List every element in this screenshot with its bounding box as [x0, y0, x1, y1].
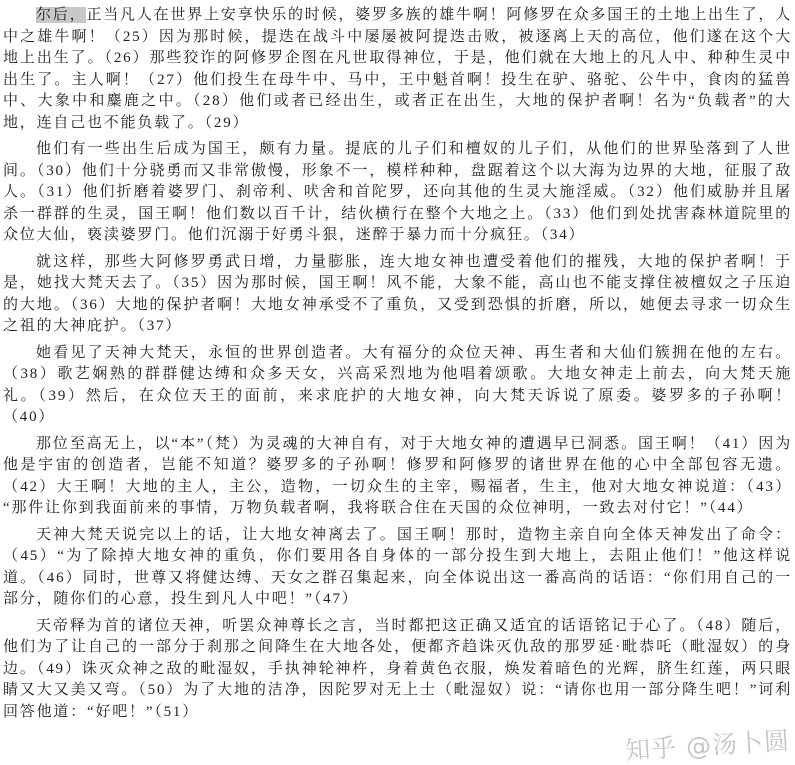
- paragraph-3: 就这样，那些大阿修罗勇武日增，力量膨胀，连大地女神也遭受着他们的摧残，大地的保护…: [3, 252, 792, 338]
- paragraph-2-text: 他们有一些出生后成为国王，颇有力量。提底的儿子们和檀奴的儿子们，从他们的世界坠落…: [3, 141, 792, 243]
- paragraph-2: 他们有一些出生后成为国王，颇有力量。提底的儿子们和檀奴的儿子们，从他们的世界坠落…: [3, 139, 792, 247]
- paragraph-3-text: 就这样，那些大阿修罗勇武日增，力量膨胀，连大地女神也遭受着他们的摧残，大地的保护…: [3, 254, 792, 335]
- document-page: 尔后，正当凡人在世界上安享快乐的时候，婆罗多族的雄牛啊！阿修罗在众多国王的土地上…: [0, 0, 795, 723]
- paragraph-7: 天帝释为首的诸位天神，听罢众神尊长之言，当时都把这正确又适宜的话语铭记于心了。（…: [3, 616, 792, 724]
- paragraph-5: 那位至高无上，以“本”（梵）为灵魂的大神自有，对于大地女神的遭遇早已洞悉。国王啊…: [3, 434, 792, 520]
- paragraph-4: 她看见了天神大梵天，永恒的世界创造者。大有福分的众位天神、再生者和大仙们簇拥在他…: [3, 343, 792, 429]
- paragraph-1-text: 正当凡人在世界上安享快乐的时候，婆罗多族的雄牛啊！阿修罗在众多国王的土地上出生了…: [3, 7, 792, 131]
- paragraph-1: 尔后，正当凡人在世界上安享快乐的时候，婆罗多族的雄牛啊！阿修罗在众多国王的土地上…: [3, 5, 792, 134]
- zhihu-watermark: 知乎 @汤卜圆: [624, 721, 791, 765]
- selected-text: 尔后，: [36, 7, 86, 23]
- paragraph-7-text: 天帝释为首的诸位天神，听罢众神尊长之言，当时都把这正确又适宜的话语铭记于心了。（…: [3, 618, 792, 720]
- paragraph-6: 天神大梵天说完以上的话，让大地女神离去了。国王啊！那时，造物主亲自向全体天神发出…: [3, 525, 792, 611]
- paragraph-4-text: 她看见了天神大梵天，永恒的世界创造者。大有福分的众位天神、再生者和大仙们簇拥在他…: [3, 345, 792, 426]
- paragraph-5-text: 那位至高无上，以“本”（梵）为灵魂的大神自有，对于大地女神的遭遇早已洞悉。国王啊…: [3, 436, 792, 517]
- paragraph-6-text: 天神大梵天说完以上的话，让大地女神离去了。国王啊！那时，造物主亲自向全体天神发出…: [3, 527, 792, 608]
